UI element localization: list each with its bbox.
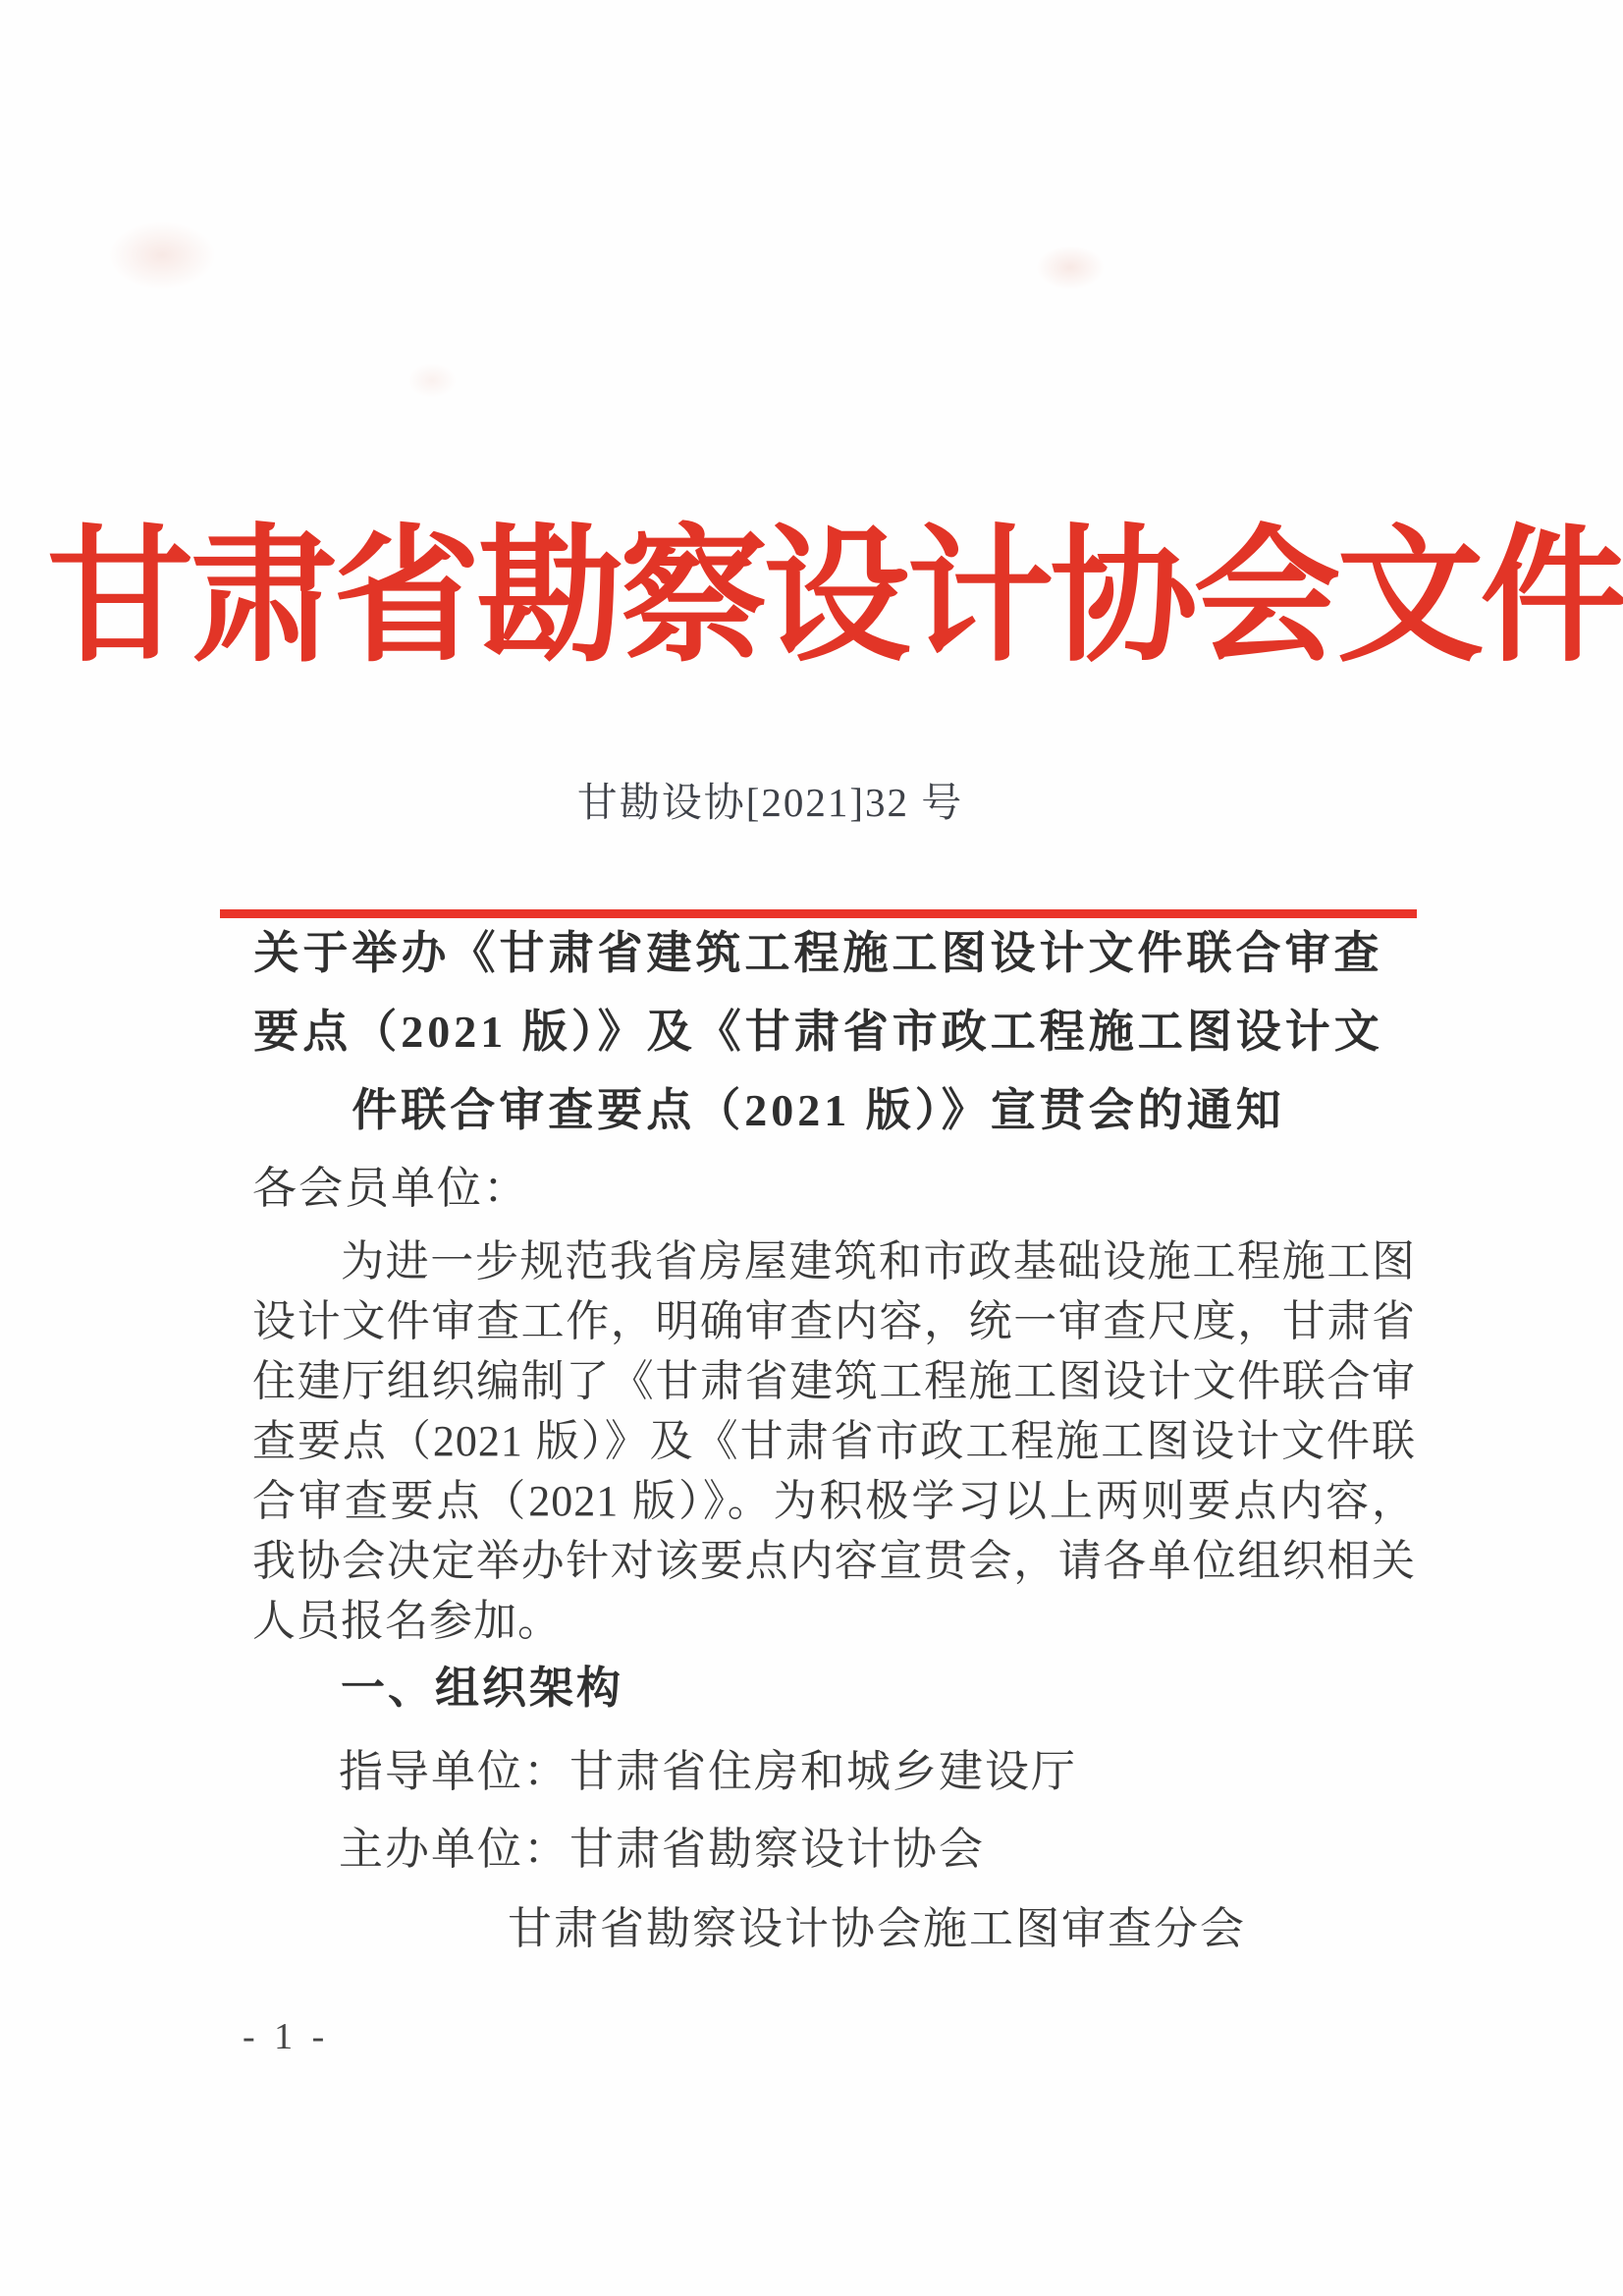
page-number: - 1 - [243, 2018, 329, 2055]
org-host-value-2: 甘肃省勘察设计协会施工图审查分会 [508, 1904, 1246, 1953]
document-page: 甘肃省勘察设计协会文件 甘勘设协[2021]32 号 关于举办《甘肃省建筑工程施… [0, 0, 1623, 2296]
body-line: 设计文件审查工作，明确审查内容，统一审查尺度，甘肃省 [252, 1291, 1416, 1351]
scan-artifact [1036, 246, 1105, 290]
org-line-guidance-unit: 指导单位：甘肃省住房和城乡建设厅 [339, 1750, 1077, 1794]
body-line: 为进一步规范我省房屋建筑和市政基础设施工程施工图 [252, 1231, 1416, 1291]
org-guidance-label: 指导单位： [339, 1747, 569, 1796]
notice-title-line-2: 要点（2021 版）》及《甘肃省市政工程施工图设计文 [220, 993, 1417, 1071]
scan-artifact [407, 363, 457, 398]
body-line: 合审查要点（2021 版）》。为积极学习以上两则要点内容， [252, 1471, 1416, 1531]
body-line: 住建厅组织编制了《甘肃省建筑工程施工图设计文件联合审 [252, 1351, 1416, 1411]
notice-title-line-1: 关于举办《甘肃省建筑工程施工图设计文件联合审查 [220, 914, 1417, 993]
salutation: 各会员单位： [252, 1167, 529, 1211]
org-host-value: 甘肃省勘察设计协会 [569, 1825, 985, 1874]
notice-title: 关于举办《甘肃省建筑工程施工图设计文件联合审查 要点（2021 版）》及《甘肃省… [220, 914, 1417, 1150]
org-host-label: 主办单位： [339, 1825, 569, 1874]
org-line-host-unit: 主办单位：甘肃省勘察设计协会 [339, 1828, 985, 1872]
notice-title-line-3: 件联合审查要点（2021 版）》宣贯会的通知 [220, 1071, 1417, 1150]
body-line: 人员报名参加。 [252, 1591, 1416, 1651]
body-line: 我协会决定举办针对该要点内容宣贯会，请各单位组织相关 [252, 1531, 1416, 1591]
letterhead-title: 甘肃省勘察设计协会文件 [24, 519, 1623, 678]
section-heading-organization: 一、组织架构 [341, 1667, 623, 1711]
scan-artifact [108, 221, 216, 290]
body-paragraph: 为进一步规范我省房屋建筑和市政基础设施工程施工图 设计文件审查工作，明确审查内容… [252, 1231, 1416, 1651]
document-number: 甘勘设协[2021]32 号 [0, 783, 1582, 823]
org-guidance-value: 甘肃省住房和城乡建设厅 [569, 1747, 1077, 1796]
body-line: 查要点（2021 版）》及《甘肃省市政工程施工图设计文件联 [252, 1411, 1416, 1471]
org-line-host-unit-2: 甘肃省勘察设计协会施工图审查分会 [508, 1907, 1246, 1951]
